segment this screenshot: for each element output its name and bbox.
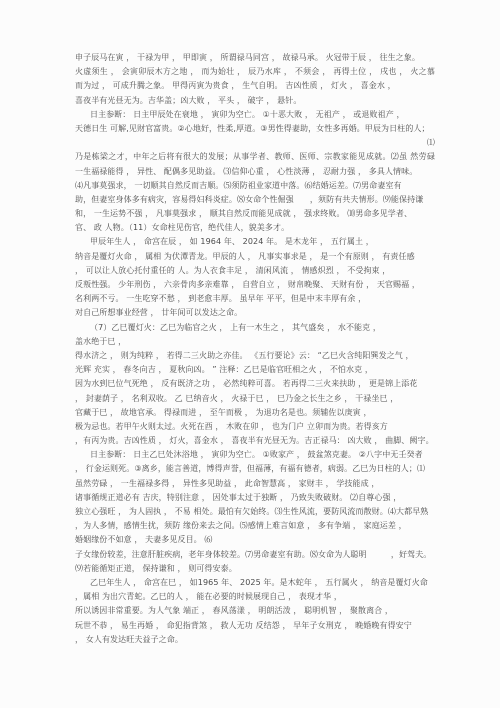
text-line: （7）乙巳覆灯火：乙巳为临官之火 ， 上有一木生之 ， 其气盛矣 ， 水不能克 … xyxy=(75,321,435,335)
text-line: 而为过 ， 可成升腾之象。 甲得丙寅为贵食 ， 生气自明。 吉凶性质 ， 灯火 … xyxy=(75,79,435,93)
text-line: 乃是栋梁之才，中年之后将有很大的发展；从事学者、教师、医师、宗教家能见成就。⑵虽… xyxy=(75,150,435,164)
text-line: ， 可以让人放心托付重任的 人。为人衣食丰足 ， 清闲风流 ， 情感炽烈 ， 不… xyxy=(75,264,435,278)
text-line: ， 行金运则死。③离乡，能言善道，博得声誉，但福薄，有福有德者，病弱。乙巳为日柱… xyxy=(75,462,435,476)
text-line: 玩世不恭 ， 易生再婚 ， 命犯指背煞 ， 救人无功 反结怨 ， 早年子女刑克 … xyxy=(75,619,435,633)
text-line: 甲辰年生人 ， 命宫在辰 ， 如 1964 年、 2024 年。 是木龙年 ， … xyxy=(75,235,435,249)
text-line: 乙巳年生人 ， 命宫在巳 ， 如1965 年、 2025 年。是木蛇年 ， 五行… xyxy=(75,576,435,590)
text-line: 火虚须生 ， 会寅卯辰木方之地 ， 而为始壮 ， 辰乃水库 ， 不须会 ， 再得… xyxy=(75,65,435,79)
text-line: ⑴ xyxy=(75,136,435,150)
text-line: 一生福禄能得 ， 异性、 配偶多见助益。 ⑶信仰心重 ， 心性淡薄 ， 忍耐力强… xyxy=(75,165,435,179)
text-line: 子女缘份较差，注意肝脏疾病，老年身体较差。⑺男命妻室有助。⑻女命为人聪明 ，好驾… xyxy=(75,548,435,562)
text-line: ，为人多情，感情生扰，须防 缘份来去之间。⑸感情上难言如意 ， 多有争端 ， 家… xyxy=(75,519,435,533)
text-line: 因为水到巳位气死绝 ， 反有既济之功 ， 必然纯粹可喜。 若再得二三火来扶助 ，… xyxy=(75,377,435,391)
text-line: 官、 政 人物。（11）女命柱见伤官，绝代佳人，貌美多才。 xyxy=(75,221,435,235)
text-line: 日主参断： 日主甲辰处在衰地 ， 寅卯为空亡。 ①十恶大败 ， 无祖产 ， 或退… xyxy=(75,108,435,122)
document-page: 申子辰马在寅 ， 干禄为甲 ， 甲即寅 ， 所谓禄马同宫 ， 故禄马承。 火冠带… xyxy=(0,0,500,708)
text-line: 盖水绝于巳 ， xyxy=(75,335,435,349)
text-line: ， 封妻荫子 ， 名利双收。 乙 巳纳音火 ， 火禄于巳 ， 巳乃金之长生之乡 … xyxy=(75,392,435,406)
text-line: 纳音是覆灯火命 ， 属相 为伏潭青龙。甲辰的人 ， 凡事实事求是 ， 是一个有原… xyxy=(75,250,435,264)
text-line: 独立心强旺 ， 为人固执 ， 不易 相处。最怕有欠始终。⑶生性风流，要防风流而散… xyxy=(75,505,435,519)
text-block: 申子辰马在寅 ， 干禄为甲 ， 甲即寅 ， 所谓禄马同宫 ， 故禄马承。 火冠带… xyxy=(75,51,435,647)
text-line: ，属相 为出穴青蛇。乙巳的人 ， 能在必要的时候展现自己 ， 表现才华 ， xyxy=(75,590,435,604)
text-line: 天德日生 可解,见财官富贵。②心地好，性柔,厚道。③男性得妻助，女性多再婚。甲辰… xyxy=(75,122,435,136)
text-line: 诸事循规正道必有 吉庆，特别注意 ， 因处事太过于独断 ， 乃致失败破财。 ⑵自… xyxy=(75,491,435,505)
text-line: 反叛性强。 少年刑伤 ， 六亲骨肉多亲难靠 ， 自营自立 ， 财帛晚聚、 天财有… xyxy=(75,278,435,292)
text-line: 虽然劳碌 ， 一生福禄多得 ， 异性多见助益 ， 此命智慧高 ， 家财丰 ， 学… xyxy=(75,477,435,491)
text-line: 得水济之 ， 则为纯粹 ， 若得二三火助之亦佳。 《五行要论》云： “乙巳火含纯… xyxy=(75,349,435,363)
text-line: 对自己所想事业经营 ， 廿年间可以发达之命。 xyxy=(75,306,435,320)
text-line: 官藏于巳 ， 故地官承。 得禄而进 ， 至午而极 ， 为退功名是也。须辅佐以庚寅… xyxy=(75,406,435,420)
text-line: 光辉 充实 ， 春冬向吉 ， 夏秋向凶。 ” 注释：乙巳是临官旺相之火 ， 不怕… xyxy=(75,363,435,377)
text-line: 名利两不亏。 一生吃穿不愁 ， 到老愈丰厚。 虽早年 平平，但是中末丰厚有余 ， xyxy=(75,292,435,306)
text-line: 极为忌也。若甲午火则太过。火死在酉 ， 木败在卯 ， 也为门户 立卯而为贵。若得… xyxy=(75,420,435,434)
text-line: 和， 一生运势不强 ， 凡事莫强求 ， 顺其自然反而能见成就 ， 强求终败。 ⑽… xyxy=(75,207,435,221)
text-line: ⑷凡事莫强求， 一切顺其自然反而吉顺。⑸须防祖业家道中落。⑹结婚运差。⑺男命妻室… xyxy=(75,179,435,193)
text-line: ⑼若能循矩正道， 保持谦和 ， 则可得安泰。 xyxy=(75,562,435,576)
text-line: 申子辰马在寅 ， 干禄为甲 ， 甲即寅 ， 所谓禄马同宫 ， 故禄马承。 火冠带… xyxy=(75,51,435,65)
text-line: ，有丙为贵。吉凶性质 ， 灯火，喜金水 ， 喜夜半有光昼无为。吉正禄马： 凶大败… xyxy=(75,434,435,448)
text-line: 婚姻缘份不如意 ， 夫妻多见反目。 ⑹ xyxy=(75,533,435,547)
text-line: 所以诱因非常重要。为人气象 端正 ， 春风荡漾 ， 明朗活泼 ， 聪明机智 ， … xyxy=(75,604,435,618)
text-line: 助，但妻室身体多有病灾，容易得妇科炎症。⑻女命个性倔强 ，须防有共夫情形。⑼能保… xyxy=(75,193,435,207)
text-line: 日主参断： 日主乙巳处沐浴地 ， 寅卯为空亡。 ①败家产 ， 鼓盆煞克妻。 ②八… xyxy=(75,448,435,462)
text-line: 喜夜半有光昼无为。吉华盖；凶大败 ， 平头 ， 破字 ， 悬针。 xyxy=(75,94,435,108)
text-line: ， 女人有发达旺夫益子之命。 xyxy=(75,633,435,647)
